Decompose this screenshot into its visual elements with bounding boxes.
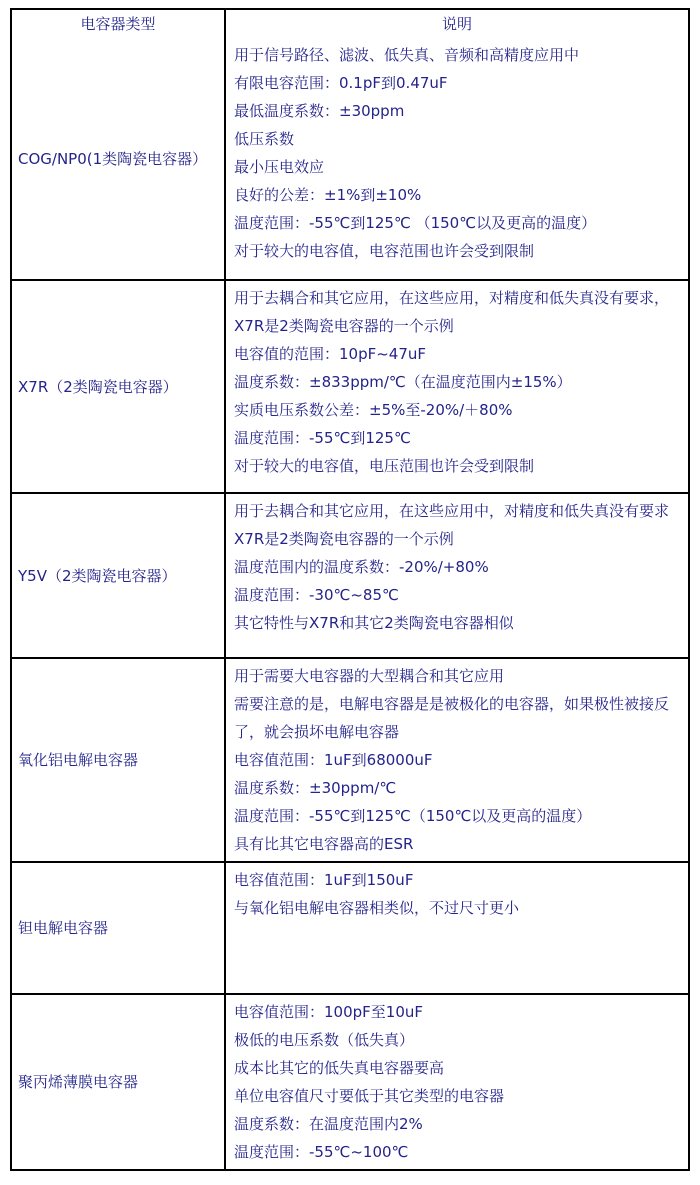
capacitor-type-cell: 氧化铝电解电容器 xyxy=(12,659,224,861)
table-row: 氧化铝电解电容器 用于需要大电容器的大型耦合和其它应用需要注意的是，电解电容器是… xyxy=(12,657,688,861)
table-row: 聚丙烯薄膜电容器 电容值范围：100pF至10uF极低的电压系数（低失真）成本比… xyxy=(12,993,688,1169)
capacitor-type-table: 电容器类型 说明 COG/NP0(1类陶瓷电容器） 用于信号路径、滤波、低失真、… xyxy=(10,8,690,1171)
description-line: 温度系数：±30ppm/℃ xyxy=(234,774,680,802)
description-cell: 用于信号路径、滤波、低失真、音频和高精度应用中有限电容范围：0.1pF到0.47… xyxy=(224,38,688,279)
description-line: 温度范围内的温度系数：-20%/+80% xyxy=(234,553,680,581)
description-line: 温度范围：-55℃到125℃ xyxy=(234,424,680,452)
description-line: X7R是2类陶瓷电容器的一个示例 xyxy=(234,525,680,553)
capacitor-type-cell: Y5V（2类陶瓷电容器） xyxy=(12,494,224,657)
description-line: 有限电容范围：0.1pF到0.47uF xyxy=(234,69,680,97)
description-line: 用于需要大电容器的大型耦合和其它应用 xyxy=(234,662,680,690)
description-line: 温度范围：-55℃到125℃ （150℃以及更高的温度） xyxy=(234,209,680,237)
description-cell: 用于需要大电容器的大型耦合和其它应用需要注意的是，电解电容器是是被极化的电容器，… xyxy=(224,659,688,861)
description-line: 具有比其它电容器高的ESR xyxy=(234,830,680,858)
description-line: 最小压电效应 xyxy=(234,153,680,181)
description-line: 良好的公差：±1%到±10% xyxy=(234,181,680,209)
capacitor-type-cell: COG/NP0(1类陶瓷电容器） xyxy=(12,38,224,279)
description-line: 温度系数：在温度范围内2% xyxy=(234,1110,680,1138)
description-line: 用于去耦合和其它应用，在这些应用中，对精度和低失真没有要求 xyxy=(234,497,680,525)
header-capacitor-type: 电容器类型 xyxy=(12,10,224,38)
description-cell: 电容值范围：1uF到150uF与氧化铝电解电容器相类似，不过尺寸更小 xyxy=(224,863,688,993)
description-line: 需要注意的是，电解电容器是是被极化的电容器，如果极性被接反了，就会损坏电解电容器 xyxy=(234,690,680,746)
description-line: 温度系数：±833ppm/℃（在温度范围内±15%） xyxy=(234,368,680,396)
description-line: 对于较大的电容值，电容范围也许会受到限制 xyxy=(234,237,680,265)
description-cell: 用于去耦合和其它应用，在这些应用，对精度和低失真没有要求，X7R是2类陶瓷电容器… xyxy=(224,281,688,492)
description-line: X7R是2类陶瓷电容器的一个示例 xyxy=(234,312,680,340)
description-line: 实质电压系数公差：±5%至-20%/＋80% xyxy=(234,396,680,424)
description-cell: 用于去耦合和其它应用，在这些应用中，对精度和低失真没有要求X7R是2类陶瓷电容器… xyxy=(224,494,688,657)
description-cell: 电容值范围：100pF至10uF极低的电压系数（低失真）成本比其它的低失真电容器… xyxy=(224,995,688,1169)
description-line: 低压系数 xyxy=(234,125,680,153)
table-row: 钽电解电容器 电容值范围：1uF到150uF与氧化铝电解电容器相类似，不过尺寸更… xyxy=(12,861,688,993)
table-header-row: 电容器类型 说明 xyxy=(12,10,688,38)
table-body: COG/NP0(1类陶瓷电容器） 用于信号路径、滤波、低失真、音频和高精度应用中… xyxy=(12,38,688,1169)
table-row: COG/NP0(1类陶瓷电容器） 用于信号路径、滤波、低失真、音频和高精度应用中… xyxy=(12,38,688,279)
description-line: 用于去耦合和其它应用，在这些应用，对精度和低失真没有要求， xyxy=(234,284,680,312)
description-line: 电容值范围：100pF至10uF xyxy=(234,998,680,1026)
description-line: 成本比其它的低失真电容器要高 xyxy=(234,1054,680,1082)
description-line: 电容值的范围：10pF~47uF xyxy=(234,340,680,368)
description-line: 温度范围：-55℃~100℃ xyxy=(234,1138,680,1166)
description-line: 电容值范围：1uF到68000uF xyxy=(234,746,680,774)
description-line: 其它特性与X7R和其它2类陶瓷电容器相似 xyxy=(234,609,680,637)
description-line: 温度范围：-30℃~85℃ xyxy=(234,581,680,609)
table-row: Y5V（2类陶瓷电容器） 用于去耦合和其它应用，在这些应用中，对精度和低失真没有… xyxy=(12,492,688,657)
description-line: 温度范围：-55℃到125℃（150℃以及更高的温度） xyxy=(234,802,680,830)
description-line: 与氧化铝电解电容器相类似，不过尺寸更小 xyxy=(234,894,680,922)
description-line: 极低的电压系数（低失真） xyxy=(234,1026,680,1054)
description-line: 用于信号路径、滤波、低失真、音频和高精度应用中 xyxy=(234,41,680,69)
capacitor-type-cell: 聚丙烯薄膜电容器 xyxy=(12,995,224,1169)
capacitor-type-cell: X7R（2类陶瓷电容器） xyxy=(12,281,224,492)
description-line: 单位电容值尺寸要低于其它类型的电容器 xyxy=(234,1082,680,1110)
header-description: 说明 xyxy=(224,10,688,38)
table-row: X7R（2类陶瓷电容器） 用于去耦合和其它应用，在这些应用，对精度和低失真没有要… xyxy=(12,279,688,492)
capacitor-type-cell: 钽电解电容器 xyxy=(12,863,224,993)
description-line: 对于较大的电容值，电压范围也许会受到限制 xyxy=(234,452,680,480)
description-line: 最低温度系数：±30ppm xyxy=(234,97,680,125)
description-line: 电容值范围：1uF到150uF xyxy=(234,866,680,894)
